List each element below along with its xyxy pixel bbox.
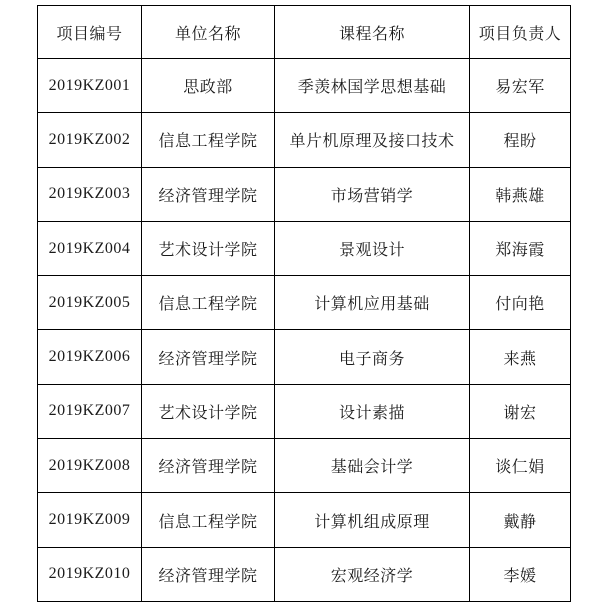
cell-unit-name: 思政部 — [142, 59, 275, 113]
header-project-leader: 项目负责人 — [470, 6, 571, 59]
table-row: 2019KZ001思政部季羡林国学思想基础易宏军 — [38, 59, 571, 113]
table-row: 2019KZ008经济管理学院基础会计学谈仁娟 — [38, 439, 571, 493]
header-project-id: 项目编号 — [38, 6, 142, 59]
table-row: 2019KZ002信息工程学院单片机原理及接口技术程盼 — [38, 113, 571, 167]
cell-course-name: 设计素描 — [275, 384, 470, 438]
projects-table: 项目编号单位名称课程名称项目负责人 2019KZ001思政部季羡林国学思想基础易… — [37, 5, 571, 602]
cell-project-id: 2019KZ003 — [38, 167, 142, 221]
cell-project-leader: 谈仁娟 — [470, 439, 571, 493]
cell-unit-name: 经济管理学院 — [142, 439, 275, 493]
cell-project-id: 2019KZ009 — [38, 493, 142, 547]
cell-unit-name: 信息工程学院 — [142, 113, 275, 167]
header-course-name: 课程名称 — [275, 6, 470, 59]
cell-project-leader: 易宏军 — [470, 59, 571, 113]
table-row: 2019KZ004艺术设计学院景观设计郑海霞 — [38, 221, 571, 275]
cell-project-leader: 来燕 — [470, 330, 571, 384]
cell-project-leader: 郑海霞 — [470, 221, 571, 275]
cell-project-id: 2019KZ005 — [38, 276, 142, 330]
cell-project-leader: 付向艳 — [470, 276, 571, 330]
cell-project-leader: 韩燕雄 — [470, 167, 571, 221]
cell-course-name: 宏观经济学 — [275, 547, 470, 601]
cell-unit-name: 经济管理学院 — [142, 167, 275, 221]
document-body: 项目编号单位名称课程名称项目负责人 2019KZ001思政部季羡林国学思想基础易… — [0, 0, 604, 602]
header-row: 项目编号单位名称课程名称项目负责人 — [38, 6, 571, 59]
cell-project-id: 2019KZ006 — [38, 330, 142, 384]
cell-project-leader: 谢宏 — [470, 384, 571, 438]
cell-project-id: 2019KZ008 — [38, 439, 142, 493]
table-row: 2019KZ007艺术设计学院设计素描谢宏 — [38, 384, 571, 438]
cell-project-id: 2019KZ001 — [38, 59, 142, 113]
cell-unit-name: 经济管理学院 — [142, 547, 275, 601]
cell-course-name: 计算机应用基础 — [275, 276, 470, 330]
cell-course-name: 市场营销学 — [275, 167, 470, 221]
cell-project-leader: 李媛 — [470, 547, 571, 601]
cell-project-leader: 程盼 — [470, 113, 571, 167]
table-row: 2019KZ010经济管理学院宏观经济学李媛 — [38, 547, 571, 601]
cell-project-id: 2019KZ004 — [38, 221, 142, 275]
cell-course-name: 景观设计 — [275, 221, 470, 275]
table-row: 2019KZ003经济管理学院市场营销学韩燕雄 — [38, 167, 571, 221]
cell-course-name: 计算机组成原理 — [275, 493, 470, 547]
table-row: 2019KZ009信息工程学院计算机组成原理戴静 — [38, 493, 571, 547]
table-row: 2019KZ005信息工程学院计算机应用基础付向艳 — [38, 276, 571, 330]
cell-unit-name: 信息工程学院 — [142, 276, 275, 330]
cell-course-name: 电子商务 — [275, 330, 470, 384]
cell-project-leader: 戴静 — [470, 493, 571, 547]
cell-project-id: 2019KZ007 — [38, 384, 142, 438]
table-body: 2019KZ001思政部季羡林国学思想基础易宏军2019KZ002信息工程学院单… — [38, 59, 571, 602]
cell-unit-name: 信息工程学院 — [142, 493, 275, 547]
cell-course-name: 季羡林国学思想基础 — [275, 59, 470, 113]
cell-unit-name: 经济管理学院 — [142, 330, 275, 384]
cell-unit-name: 艺术设计学院 — [142, 384, 275, 438]
cell-unit-name: 艺术设计学院 — [142, 221, 275, 275]
cell-project-id: 2019KZ010 — [38, 547, 142, 601]
header-unit-name: 单位名称 — [142, 6, 275, 59]
cell-project-id: 2019KZ002 — [38, 113, 142, 167]
cell-course-name: 单片机原理及接口技术 — [275, 113, 470, 167]
table-row: 2019KZ006经济管理学院电子商务来燕 — [38, 330, 571, 384]
cell-course-name: 基础会计学 — [275, 439, 470, 493]
